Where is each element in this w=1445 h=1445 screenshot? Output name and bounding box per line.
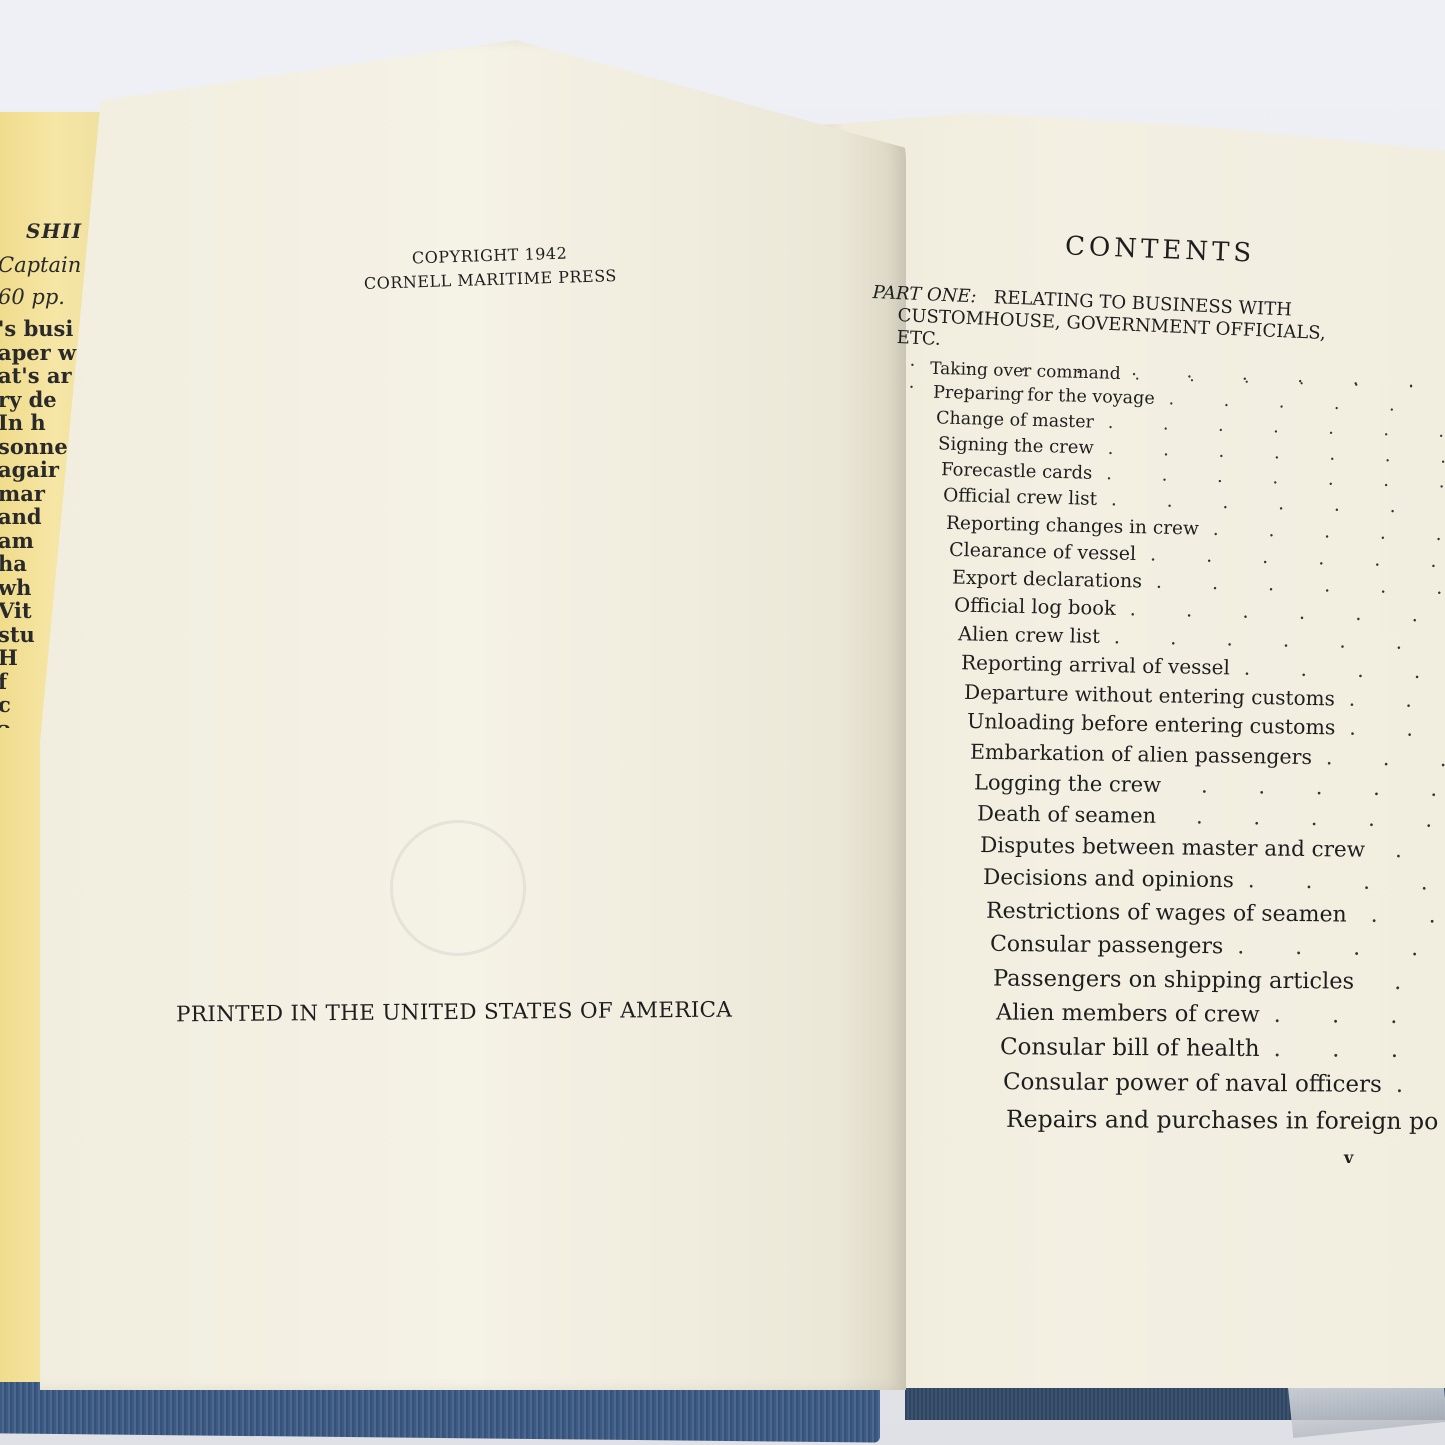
toc-entry-label: Reporting changes in crew (946, 513, 1199, 540)
leader-dots: . . . . (1349, 714, 1445, 746)
dust-jacket-pages: 60 pp. (0, 286, 65, 308)
leader-dots: . . . . . . . . (1237, 930, 1445, 968)
toc-entry-label: Reporting arrival of vessel (961, 650, 1230, 679)
bleed-through-emblem-icon (390, 820, 526, 956)
toc-entry-label: Departure without entering customs (964, 680, 1335, 710)
toc-entry-label: Decisions and opinions (983, 865, 1234, 893)
toc-entry-label: Preparing for the voyage (933, 383, 1155, 409)
part-title-etc: ETC. (896, 327, 941, 350)
toc-entry-label: Taking over command (930, 359, 1121, 384)
toc-entry-label: Passengers on shipping articles (993, 965, 1354, 994)
toc-entry-label: Death of seamen (977, 801, 1156, 827)
toc-entry-label: Export declarations (952, 567, 1142, 593)
copyright-notice: COPYRIGHT 1942 CORNELL MARITIME PRESS (339, 239, 640, 296)
toc-entry-label: Restrictions of wages of seamen (986, 899, 1347, 928)
toc-entry-label: Alien crew list (958, 622, 1100, 648)
blurb-line: ry de (0, 389, 76, 413)
toc-entry-label: Forecastle cards (941, 459, 1093, 484)
blurb-line: agair (0, 459, 76, 483)
contents-list: Taking over command. . . . . . . . . . P… (930, 368, 1445, 1139)
leader-dots: . . (1396, 1068, 1445, 1104)
leader-dots: . . . . . . (1274, 998, 1445, 1035)
page-number: v (1344, 1148, 1353, 1167)
dust-jacket-author: Captain (0, 254, 81, 276)
toc-entry-label: Alien members of crew (996, 999, 1260, 1027)
leader-dots: . . . (1371, 899, 1445, 934)
toc-entry-label: Repairs and purchases in foreign po (1006, 1105, 1438, 1135)
toc-entry: Consular power of naval officers. . (1003, 1065, 1445, 1106)
toc-entry-label: Unloading before entering customs (967, 709, 1336, 739)
blurb-line: sonne (0, 436, 76, 460)
leader-dots: . (1394, 965, 1423, 999)
blurb-line: In h (0, 412, 76, 436)
toc-entry: Repairs and purchases in foreign po (1006, 1101, 1445, 1141)
blurb-line: aper w (0, 342, 76, 366)
toc-entry-label: Clearance of vessel (949, 539, 1137, 565)
toc-entry-label: Embarkation of alien passengers (970, 740, 1312, 769)
toc-entry-label: Change of master (936, 408, 1094, 432)
leader-dots: . . . (1349, 685, 1445, 716)
printed-in-notice: PRINTED IN THE UNITED STATES OF AMERICA (176, 998, 732, 1028)
dust-jacket-title: SHII (26, 220, 82, 242)
toc-entry-label: Official crew list (943, 485, 1097, 510)
part-label: PART ONE: (872, 282, 977, 307)
blurb-line: 's busi (0, 318, 76, 342)
leader-dots: . . . . (1326, 742, 1445, 775)
leader-dots: . . . . . . (1273, 1032, 1445, 1069)
toc-entry-label: Disputes between master and crew (980, 833, 1365, 863)
toc-entry-label: Consular passengers (990, 932, 1223, 959)
leader-dots: . . (1395, 835, 1445, 868)
book-photo: SHII Captain 60 pp. 's busi aper w at's … (0, 0, 1445, 1445)
left-page (40, 40, 906, 1390)
blurb-line: at's ar (0, 365, 76, 389)
toc-entry-label: Consular bill of health (1000, 1034, 1260, 1062)
toc-entry-label: Signing the crew (938, 433, 1094, 458)
toc-entry-label: Official log book (954, 594, 1116, 620)
toc-entry-label: Consular power of naval officers (1003, 1069, 1382, 1098)
toc-entry-label: Logging the crew (974, 770, 1161, 797)
